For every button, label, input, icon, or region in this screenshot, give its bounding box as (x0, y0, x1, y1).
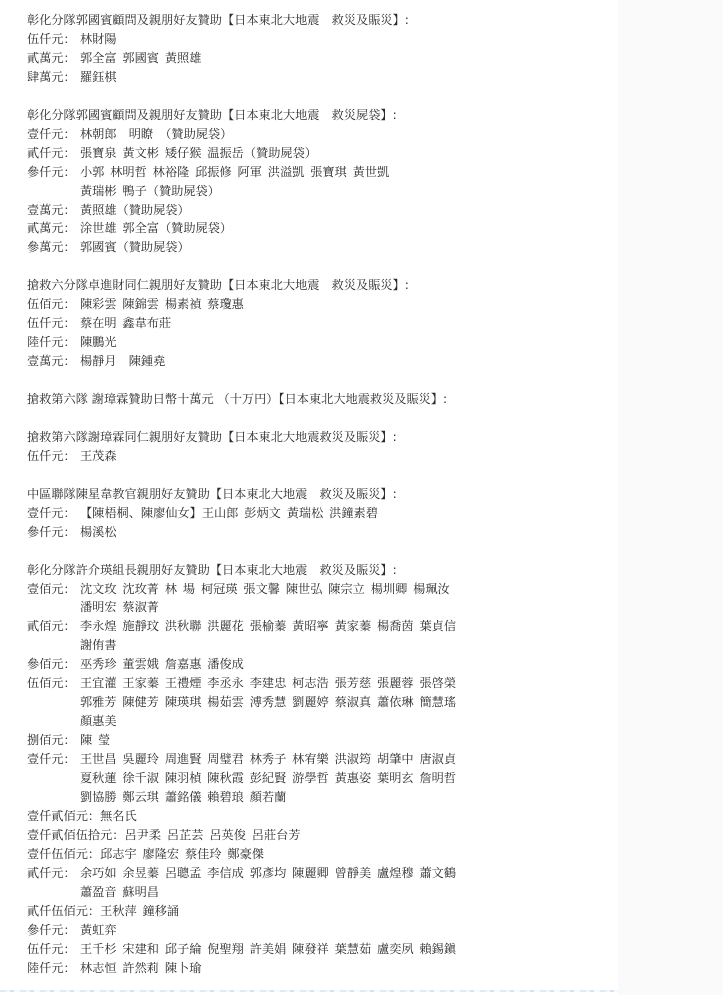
amount-label: 貳仟伍佰元： (27, 902, 100, 921)
donor-names: 沈文玫 沈玫菁 林 場 柯冠瑛 張文馨 陳世弘 陳宗立 楊圳卿 楊珮汝潘明宏 蔡… (80, 580, 507, 618)
donation-entry: 壹仟伍佰元：邱志宇 廖隆宏 蔡佳玲 鄭豪傑 (27, 845, 507, 864)
donor-names: 黃照雄（贊助屍袋） (80, 201, 507, 220)
donation-entry: 參仟元：黃虹弈 (27, 921, 507, 940)
donor-names: 楊靜月 陳鍾堯 (80, 352, 507, 371)
amount-label: 參仟元： (27, 523, 80, 542)
amount-label: 貳萬元： (27, 219, 80, 238)
amount-label: 貳佰元： (27, 617, 80, 636)
amount-label: 參仟元： (27, 921, 80, 940)
amount-label: 捌佰元： (27, 731, 80, 750)
donor-names-line: 呂尹柔 呂芷芸 呂英俊 呂莊台芳 (125, 826, 508, 845)
donation-entry: 參仟元：小郭 林明哲 林裕隆 邱振修 阿軍 洪溢凱 張寶琪 黃世凱黃瑞彬 鴨子（… (27, 163, 507, 201)
donor-names: 王茂森 (80, 447, 507, 466)
donation-entry: 陸仟元：林志恒 許然莉 陳卜瑜 (27, 959, 507, 978)
donor-names: 無名氏 (100, 807, 507, 826)
amount-label: 參佰元： (27, 655, 80, 674)
donation-entry: 壹仟貳佰元：無名氏 (27, 807, 507, 826)
page-margin (618, 0, 723, 995)
donor-names-line: 黃瑞彬 鴨子（贊助屍袋） (80, 182, 507, 201)
donation-entry: 壹萬元：楊靜月 陳鍾堯 (27, 352, 507, 371)
donor-names: 王秋萍 鐘移誦 (100, 902, 507, 921)
donor-names-line: 王千杉 宋建和 邱子綸 倪聖翔 許美娟 陳發祥 葉慧茹 盧奕夙 賴錫鎭 (80, 940, 507, 959)
amount-label: 壹仟元： (27, 125, 80, 144)
amount-label: 壹萬元： (27, 201, 80, 220)
donor-names-line: 郭雅芳 陳健芳 陳瑛琪 楊茹雲 溥秀慧 劉麗婷 蔡淑真 蕭依琳 簡慧瑤 (80, 693, 507, 712)
section-title: 彰化分隊許介瑛組長親朋好友贊助【日本東北大地震 救災及賑災】: (27, 561, 507, 580)
donor-names-line: 張寶泉 黃文彬 矮仔猴 温振岳（贊助屍袋） (80, 144, 507, 163)
amount-label: 貳仟元： (27, 864, 80, 883)
donation-entry: 貳仟元：余巧如 余昱蓁 呂聰孟 李信成 郭彥均 陳麗卿 曾靜美 盧煌穆 蕭文鶴蕭… (27, 864, 507, 902)
section-title: 彰化分隊郭國賓顧問及親朋好友贊助【日本東北大地震 救災屍袋】: (27, 106, 507, 125)
amount-label: 壹仟元： (27, 504, 80, 523)
donor-names: 林志恒 許然莉 陳卜瑜 (80, 959, 507, 978)
amount-label: 貳仟元： (27, 144, 80, 163)
donor-names-line: 陳彩雲 陳錦雲 楊素禎 蔡瓊惠 (80, 295, 507, 314)
donor-names-line: 邱志宇 廖隆宏 蔡佳玲 鄭豪傑 (100, 845, 507, 864)
donation-section: 搶救六分隊卓進財同仁親朋好友贊助【日本東北大地震 救災及賑災】:伍佰元：陳彩雲 … (27, 276, 507, 371)
donation-section: 彰化分隊郭國賓顧問及親朋好友贊助【日本東北大地震 救災屍袋】:壹仟元：林朝郎 明… (27, 106, 507, 258)
donor-names-line: 陳 瑩 (80, 731, 507, 750)
amount-label: 伍仟元： (27, 447, 80, 466)
donation-entry: 貳仟元：張寶泉 黃文彬 矮仔猴 温振岳（贊助屍袋） (27, 144, 507, 163)
donor-names: 張寶泉 黃文彬 矮仔猴 温振岳（贊助屍袋） (80, 144, 507, 163)
donation-entry: 貳萬元：郭全富 郭國賓 黃照雄 (27, 49, 507, 68)
donor-names-line: 楊靜月 陳鍾堯 (80, 352, 507, 371)
donor-names: 呂尹柔 呂芷芸 呂英俊 呂莊台芳 (125, 826, 508, 845)
donor-names: 陳 瑩 (80, 731, 507, 750)
section-title: 中區聯隊陳星韋教官親朋好友贊助【日本東北大地震 救災及賑災】: (27, 485, 507, 504)
donor-names-line: 劉協勝 鄭云琪 蕭銘儀 賴碧琅 顏若蘭 (80, 788, 507, 807)
donation-entry: 捌佰元：陳 瑩 (27, 731, 507, 750)
amount-label: 參萬元： (27, 238, 80, 257)
donation-section: 中區聯隊陳星韋教官親朋好友贊助【日本東北大地震 救災及賑災】:壹仟元：【陳梧桐、… (27, 485, 507, 542)
donor-names-line: 羅鈺棋 (80, 68, 507, 87)
donation-section: 搶救第六隊 謝璋霖贊助日幣十萬元 （十万円）【日本東北大地震救災及賑災】: (27, 390, 507, 409)
donation-entry: 參仟元：楊溪松 (27, 523, 507, 542)
donor-names-line: 郭全富 郭國賓 黃照雄 (80, 49, 507, 68)
section-title: 搶救第六隊謝璋霖同仁親朋好友贊助【日本東北大地震救災及賑災】: (27, 428, 507, 447)
donation-section: 搶救第六隊謝璋霖同仁親朋好友贊助【日本東北大地震救災及賑災】:伍仟元：王茂森 (27, 428, 507, 466)
donation-section: 彰化分隊許介瑛組長親朋好友贊助【日本東北大地震 救災及賑災】:壹佰元：沈文玫 沈… (27, 561, 507, 978)
donation-list: 彰化分隊郭國賓顧問及親朋好友贊助【日本東北大地震 救災及賑災】:伍仟元：林財陽貳… (27, 11, 507, 995)
section-title: 搶救六分隊卓進財同仁親朋好友贊助【日本東北大地震 救災及賑災】: (27, 276, 507, 295)
donor-names-line: 【陳梧桐、陳廖仙女】王山郎 彭炳文 黃瑞松 洪鐘素碧 (80, 504, 507, 523)
amount-label: 伍仟元： (27, 940, 80, 959)
amount-label: 參仟元： (27, 163, 80, 182)
donor-names-line: 夏秋蓮 徐千淑 陳羽楨 陳秋霞 彭紀賢 游學哲 黃惠姿 葉明玄 詹明哲 (80, 769, 507, 788)
donor-names-line: 涂世雄 郭全富（贊助屍袋） (80, 219, 507, 238)
donation-entry: 參佰元：巫秀珍 董雲娥 詹嘉惠 潘俊成 (27, 655, 507, 674)
donor-names: 陳彩雲 陳錦雲 楊素禎 蔡瓊惠 (80, 295, 507, 314)
donor-names-line: 蕭盈音 蘇明昌 (80, 883, 507, 902)
donation-entry: 伍仟元：王茂森 (27, 447, 507, 466)
donation-section: 彰化分隊郭國賓顧問及親朋好友贊助【日本東北大地震 救災及賑災】:伍仟元：林財陽貳… (27, 11, 507, 87)
amount-label: 伍仟元： (27, 30, 80, 49)
donor-names: 王宜灌 王家蓁 王禮煙 李丞永 李建忠 柯志浩 張芳慈 張麗蓉 張啓榮郭雅芳 陳… (80, 674, 507, 731)
donor-names: 巫秀珍 董雲娥 詹嘉惠 潘俊成 (80, 655, 507, 674)
donor-names-line: 王茂森 (80, 447, 507, 466)
donation-entry: 貳佰元：李永煌 施靜玟 洪秋聯 洪麗花 張榆蓁 黃昭寧 黃家蓁 楊喬茵 葉貞信謝… (27, 617, 507, 655)
scan-edge-line (0, 990, 618, 992)
donation-entry: 壹仟元：王世昌 吳麗玲 周進賢 周璧君 林秀子 林宥樂 洪淑筠 胡肇中 唐淑貞夏… (27, 750, 507, 807)
amount-label: 陸仟元： (27, 333, 80, 352)
donor-names: 涂世雄 郭全富（贊助屍袋） (80, 219, 507, 238)
amount-label: 壹萬元： (27, 352, 80, 371)
donor-names-line: 林財陽 (80, 30, 507, 49)
amount-label: 壹仟元： (27, 750, 80, 769)
donor-names: 羅鈺棋 (80, 68, 507, 87)
donation-entry: 壹仟元：林朝郎 明瞭 （贊助屍袋） (27, 125, 507, 144)
amount-label: 伍佰元： (27, 674, 80, 693)
donor-names: 郭國賓（贊助屍袋） (80, 238, 507, 257)
donation-entry: 壹萬元：黃照雄（贊助屍袋） (27, 201, 507, 220)
donor-names-line: 顏惠美 (80, 712, 507, 731)
donation-entry: 伍仟元：蔡在明 鑫韋布莊 (27, 314, 507, 333)
amount-label: 壹仟伍佰元： (27, 845, 100, 864)
donor-names-line: 李永煌 施靜玟 洪秋聯 洪麗花 張榆蓁 黃昭寧 黃家蓁 楊喬茵 葉貞信 (80, 617, 507, 636)
donation-entry: 陸仟元：陳鵬光 (27, 333, 507, 352)
donor-names: 林財陽 (80, 30, 507, 49)
donor-names: 陳鵬光 (80, 333, 507, 352)
donation-entry: 伍佰元：王宜灌 王家蓁 王禮煙 李丞永 李建忠 柯志浩 張芳慈 張麗蓉 張啓榮郭… (27, 674, 507, 731)
donor-names-line: 黃照雄（贊助屍袋） (80, 201, 507, 220)
donor-names: 李永煌 施靜玟 洪秋聯 洪麗花 張榆蓁 黃昭寧 黃家蓁 楊喬茵 葉貞信謝侑書 (80, 617, 507, 655)
donor-names-line: 林志恒 許然莉 陳卜瑜 (80, 959, 507, 978)
donation-entry: 貳仟伍佰元：王秋萍 鐘移誦 (27, 902, 507, 921)
donor-names: 黃虹弈 (80, 921, 507, 940)
donor-names-line: 郭國賓（贊助屍袋） (80, 238, 507, 257)
amount-label: 壹佰元： (27, 580, 80, 599)
donor-names-line: 王宜灌 王家蓁 王禮煙 李丞永 李建忠 柯志浩 張芳慈 張麗蓉 張啓榮 (80, 674, 507, 693)
donation-entry: 伍仟元：王千杉 宋建和 邱子綸 倪聖翔 許美娟 陳發祥 葉慧茹 盧奕夙 賴錫鎭 (27, 940, 507, 959)
donation-entry: 壹仟元：【陳梧桐、陳廖仙女】王山郎 彭炳文 黃瑞松 洪鐘素碧 (27, 504, 507, 523)
donor-names-line: 巫秀珍 董雲娥 詹嘉惠 潘俊成 (80, 655, 507, 674)
donor-names: 楊溪松 (80, 523, 507, 542)
amount-label: 伍仟元： (27, 314, 80, 333)
donor-names-line: 潘明宏 蔡淑菁 (80, 598, 507, 617)
donor-names-line: 余巧如 余昱蓁 呂聰孟 李信成 郭彥均 陳麗卿 曾靜美 盧煌穆 蕭文鶴 (80, 864, 507, 883)
donation-entry: 壹仟貳佰伍拾元：呂尹柔 呂芷芸 呂英俊 呂莊台芳 (27, 826, 507, 845)
donor-names: 蔡在明 鑫韋布莊 (80, 314, 507, 333)
donation-entry: 伍佰元：陳彩雲 陳錦雲 楊素禎 蔡瓊惠 (27, 295, 507, 314)
donor-names: 王世昌 吳麗玲 周進賢 周璧君 林秀子 林宥樂 洪淑筠 胡肇中 唐淑貞夏秋蓮 徐… (80, 750, 507, 807)
amount-label: 壹仟貳佰元： (27, 807, 100, 826)
donation-entry: 伍仟元：林財陽 (27, 30, 507, 49)
donor-names-line: 陳鵬光 (80, 333, 507, 352)
section-title: 彰化分隊郭國賓顧問及親朋好友贊助【日本東北大地震 救災及賑災】: (27, 11, 507, 30)
donor-names: 【陳梧桐、陳廖仙女】王山郎 彭炳文 黃瑞松 洪鐘素碧 (80, 504, 507, 523)
document-page: 彰化分隊郭國賓顧問及親朋好友贊助【日本東北大地震 救災及賑災】:伍仟元：林財陽貳… (0, 0, 618, 995)
donor-names-line: 王秋萍 鐘移誦 (100, 902, 507, 921)
section-title: 搶救第六隊 謝璋霖贊助日幣十萬元 （十万円）【日本東北大地震救災及賑災】: (27, 390, 507, 409)
amount-label: 伍佰元： (27, 295, 80, 314)
donation-entry: 肆萬元：羅鈺棋 (27, 68, 507, 87)
donor-names-line: 小郭 林明哲 林裕隆 邱振修 阿軍 洪溢凱 張寶琪 黃世凱 (80, 163, 507, 182)
amount-label: 肆萬元： (27, 68, 80, 87)
donor-names: 小郭 林明哲 林裕隆 邱振修 阿軍 洪溢凱 張寶琪 黃世凱黃瑞彬 鴨子（贊助屍袋… (80, 163, 507, 201)
donor-names: 余巧如 余昱蓁 呂聰孟 李信成 郭彥均 陳麗卿 曾靜美 盧煌穆 蕭文鶴蕭盈音 蘇… (80, 864, 507, 902)
donor-names-line: 謝侑書 (80, 636, 507, 655)
donor-names-line: 沈文玫 沈玫菁 林 場 柯冠瑛 張文馨 陳世弘 陳宗立 楊圳卿 楊珮汝 (80, 580, 507, 599)
amount-label: 陸仟元： (27, 959, 80, 978)
donor-names: 郭全富 郭國賓 黃照雄 (80, 49, 507, 68)
donor-names: 林朝郎 明瞭 （贊助屍袋） (80, 125, 507, 144)
donation-entry: 貳萬元：涂世雄 郭全富（贊助屍袋） (27, 219, 507, 238)
amount-label: 壹仟貳佰伍拾元： (27, 826, 125, 845)
donor-names: 邱志宇 廖隆宏 蔡佳玲 鄭豪傑 (100, 845, 507, 864)
donation-entry: 壹佰元：沈文玫 沈玫菁 林 場 柯冠瑛 張文馨 陳世弘 陳宗立 楊圳卿 楊珮汝潘… (27, 580, 507, 618)
donor-names-line: 黃虹弈 (80, 921, 507, 940)
donation-entry: 參萬元：郭國賓（贊助屍袋） (27, 238, 507, 257)
donor-names-line: 王世昌 吳麗玲 周進賢 周璧君 林秀子 林宥樂 洪淑筠 胡肇中 唐淑貞 (80, 750, 507, 769)
amount-label: 貳萬元： (27, 49, 80, 68)
donor-names-line: 蔡在明 鑫韋布莊 (80, 314, 507, 333)
donor-names: 王千杉 宋建和 邱子綸 倪聖翔 許美娟 陳發祥 葉慧茹 盧奕夙 賴錫鎭 (80, 940, 507, 959)
donor-names-line: 林朝郎 明瞭 （贊助屍袋） (80, 125, 507, 144)
donor-names-line: 無名氏 (100, 807, 507, 826)
donor-names-line: 楊溪松 (80, 523, 507, 542)
